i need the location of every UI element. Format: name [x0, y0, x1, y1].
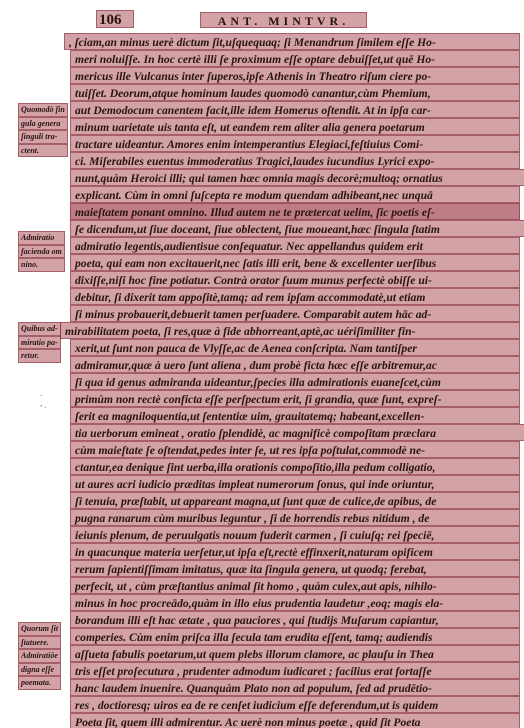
- page-number: 106: [96, 10, 134, 28]
- text-line: nunt,quàm Heroici illi; qui tamen hæc om…: [70, 169, 524, 186]
- text-line: cùm maieſtate ſe oſtendat,pedes inter ſe…: [70, 441, 520, 458]
- text-line: res , doctioresq; uiros ea de re cenſet …: [70, 696, 520, 713]
- margin-note: Quomodò ſin gula genera ſinguli tra- cte…: [18, 103, 68, 157]
- text-line: ſi qua id genus admiranda uideantur,ſpec…: [70, 373, 520, 390]
- text-line: ſerit ea magniloquentia,ut ſententiæ uim…: [70, 407, 520, 424]
- text-line: tia uerborum emineat , oratio ſplendidè,…: [70, 424, 524, 441]
- margin-note-line: Admiratio: [18, 231, 65, 245]
- text-line: ſi tenuia, præſtabit, ut appareant magna…: [70, 492, 520, 509]
- text-line: tris eſſet proſecutura , prudenter admod…: [70, 662, 520, 679]
- text-line: meri noluiſſe. In hoc certè illi ſe prox…: [70, 50, 520, 67]
- text-line: comperies. Cùm enim priſca illa ſecula t…: [70, 628, 520, 645]
- text-line: primùm non rectè conficta eſſe perſpectu…: [70, 390, 520, 407]
- text-line: admiratio legentis,audientisue conſequat…: [70, 237, 520, 254]
- margin-note-line: ſtatuere.: [18, 636, 61, 650]
- margin-note: Admiratio facienda om nino.: [18, 231, 65, 272]
- text-line: explicant. Cùm in omni ſuſcepta re modum…: [70, 186, 520, 203]
- running-head: ANT. MINTVR.: [200, 12, 367, 28]
- text-line: in quacunque materia uerſetur,ut ipſa eſ…: [70, 543, 520, 560]
- text-line: ctantur,ea denique ſint uerba,illa orati…: [70, 458, 520, 475]
- text-line: borandum illi eſt hac ætate , qua paucio…: [70, 611, 520, 628]
- margin-note-line: Quibus ad-: [18, 322, 61, 336]
- text-line: rerum ſapientiſſimam imitatus, quæ ita ſ…: [70, 560, 520, 577]
- margin-note-line: facienda om: [18, 245, 65, 259]
- margin-note-line: digna eſſe: [18, 663, 61, 677]
- text-line: minus in hoc procreādo,quàm in illo eius…: [70, 594, 520, 611]
- text-line: hanc laudem inuenire. Quanquàm Plato non…: [70, 679, 520, 696]
- text-line: ci. Miſerabiles euentus immoderatius Tra…: [70, 152, 520, 169]
- text-line: tuiſſet. Deorum,atque hominum laudes quo…: [70, 84, 520, 101]
- text-line: Poeta ſit, quem illi admirentur. Ac uerè…: [70, 713, 520, 728]
- text-line: ieiunis plenum, de peruulgatis nouum fud…: [70, 526, 520, 543]
- text-line: , ſciam,an minus uerè dictum ſit,uſquequ…: [64, 33, 520, 50]
- text-line: mirabilitatem poeta, ſi res,quæ à fide a…: [60, 322, 520, 339]
- text-line: tractare uideantur. Amores enim intemper…: [70, 135, 520, 152]
- text-line: aut Demodocum canentem facit,ille idem H…: [70, 101, 520, 118]
- text-line: debitur, ſi dixerit tam appoſitè,tamq; a…: [70, 288, 520, 305]
- margin-note-line: gula genera: [18, 117, 68, 131]
- margin-note-line: ctent.: [18, 144, 68, 158]
- text-line: ut aures acri iudicio præditas impleat n…: [70, 475, 520, 492]
- text-line: perfecit, ut , cùm præſtantius animal ſi…: [70, 577, 520, 594]
- text-line: ſi minus probauerit,debuerit tamen perſu…: [70, 305, 520, 322]
- margin-note-line: retur.: [18, 349, 61, 363]
- margin-note-line: Quorum ſit: [18, 622, 61, 636]
- margin-note-line: miratio pa-: [18, 336, 61, 350]
- text-line: poeta, qui eam non excitauerit,nec ſatis…: [70, 254, 520, 271]
- text-line: mericus ille Vulcanus inter ſuperos,ipſe…: [70, 67, 520, 84]
- margin-note-line: nino.: [18, 258, 65, 272]
- margin-note: Quibus ad- miratio pa- retur.: [18, 322, 61, 363]
- text-line: aſſueta fabulis poetarum,ut quem plebs i…: [70, 645, 520, 662]
- text-line: xerit,ut ſunt non pauca de Vlyſſe,ac de …: [70, 339, 520, 356]
- margin-mark: ·: [40, 392, 42, 400]
- text-line: dixiſſe,niſi hoc fine potiatur. Contrà o…: [70, 271, 520, 288]
- margin-note: Quorum ſit ſtatuere. Admiratiōe digna eſ…: [18, 622, 61, 690]
- text-line: minum uarietate uis tanta eſt, ut eandem…: [70, 118, 520, 135]
- text-line: ſe dicendum,ut ſiue doceant, ſiue oblect…: [70, 220, 524, 237]
- margin-note-line: poemata.: [18, 676, 61, 690]
- margin-mark: ‛ ·: [40, 404, 46, 412]
- margin-note-line: Admiratiōe: [18, 649, 61, 663]
- text-line: pugna ranarum cùm muribus leguntur , ſi …: [70, 509, 520, 526]
- text-line: maieſtatem ponant omnino. Illud autem ne…: [70, 203, 520, 220]
- margin-note-line: Quomodò ſin: [18, 103, 68, 117]
- text-line: admiramur,quæ à uero ſunt aliena , dum p…: [70, 356, 520, 373]
- margin-note-line: ſinguli tra-: [18, 130, 68, 144]
